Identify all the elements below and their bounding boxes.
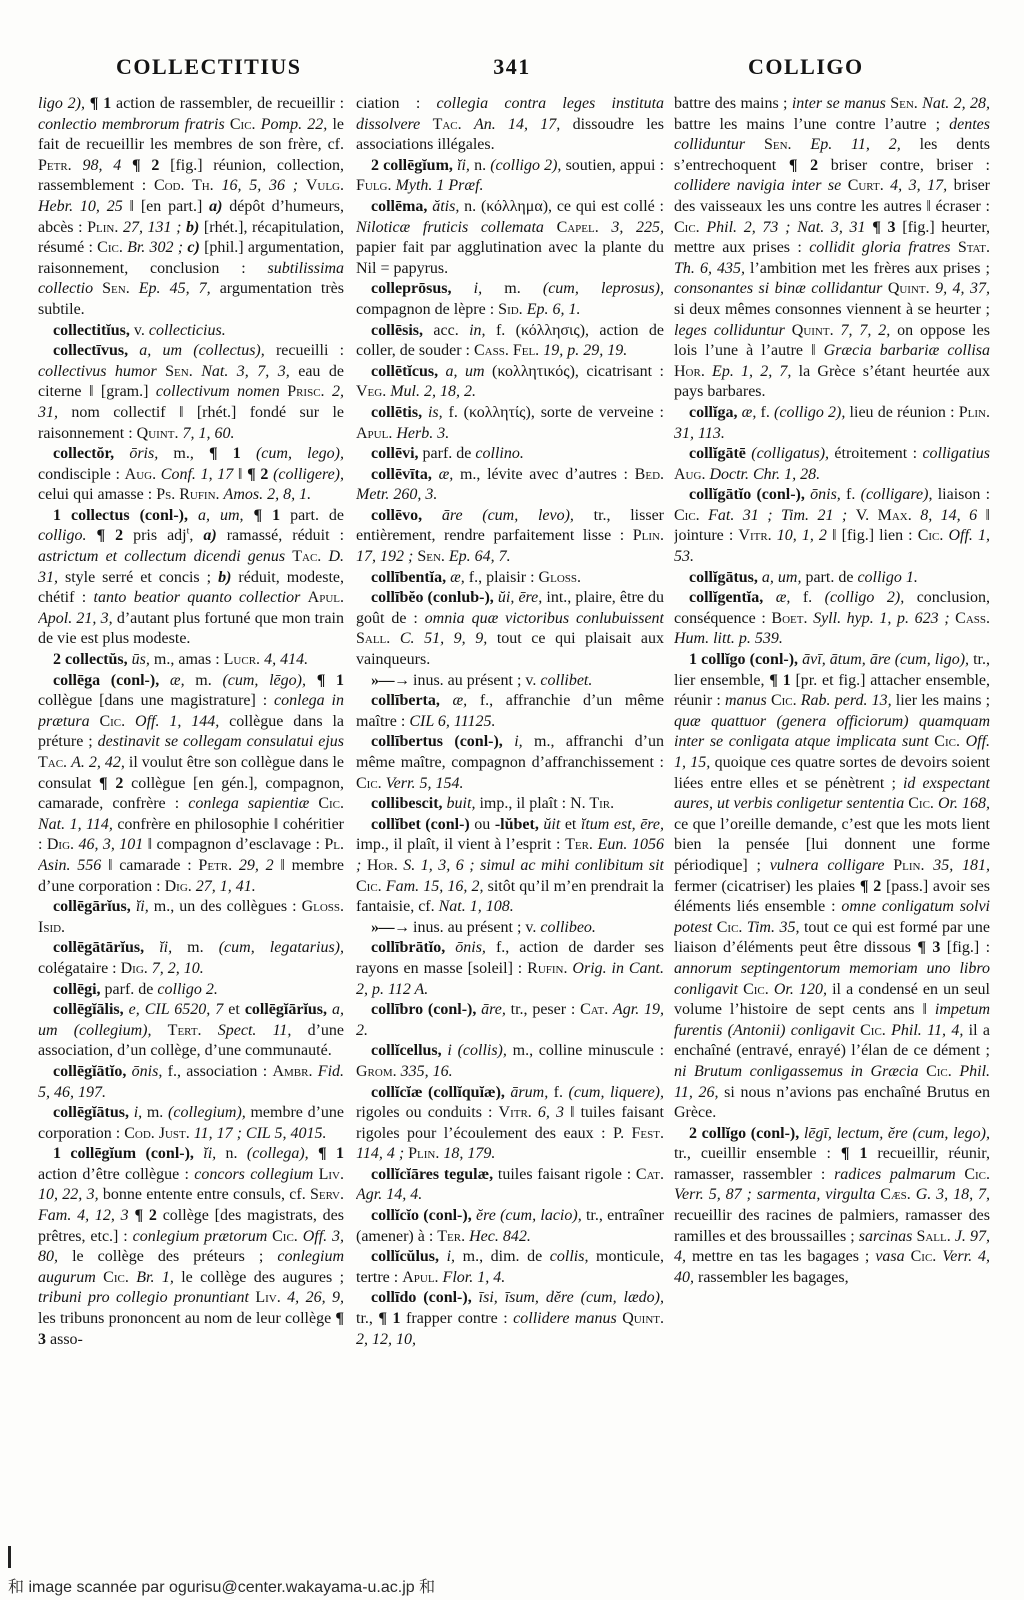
entry-paragraph: collĭgātus, a, um, part. de colligo 1. <box>674 568 990 589</box>
text-segment: Verr. 5, 87 ; sarmenta, virgulta <box>674 1186 880 1203</box>
text-segment: colligo. <box>38 527 96 544</box>
text-segment: 4, 3, 17, <box>890 177 953 194</box>
text-segment: æ, <box>439 466 460 483</box>
entry-paragraph: collībertus (conl-), i, m., affranchi d’… <box>356 732 664 794</box>
text-segment: colligo 2. <box>157 981 217 998</box>
text-segment: Tert. <box>168 1022 218 1039</box>
text-segment: 46, 3, 101 <box>78 836 147 853</box>
text-segment: G. 3, 18, 7, <box>916 1186 990 1203</box>
text-segment: Pl. <box>324 836 344 853</box>
text-segment: asso- <box>50 1331 83 1348</box>
text-segment: action d’être collègue : <box>38 1166 194 1183</box>
text-segment: m. <box>195 672 222 689</box>
text-segment: Cic. <box>926 1063 959 1080</box>
text-segment: 3, 225, <box>611 219 664 236</box>
text-segment: 2 collectŭs, <box>53 651 132 668</box>
text-segment: (colligatus), <box>751 445 834 462</box>
entry-paragraph: collēvo, āre (cum, levo), tr., lisser en… <box>356 506 664 568</box>
text-segment: colligo 1. <box>857 569 917 586</box>
text-segment: Cass. <box>955 610 990 627</box>
text-segment: Hum. litt. p. 539. <box>674 630 783 647</box>
text-segment: Off. 1, 144, <box>135 713 229 730</box>
text-segment: collēgārĭus, <box>53 898 136 915</box>
text-segment: ‖ [fig.] lien : <box>832 527 918 544</box>
text-segment: Prisc. <box>287 383 332 400</box>
text-segment: ĭtum est, ēre, <box>581 816 664 833</box>
text-segment: ‖ [en part.] <box>130 198 210 215</box>
text-segment: et <box>228 1001 245 1018</box>
text-segment: 29, 2 <box>239 857 281 874</box>
text-segment: Sen. <box>102 280 139 297</box>
text-segment: rassembler les bagages, <box>698 1269 849 1286</box>
text-segment: Quint. <box>792 322 841 339</box>
text-segment: ciation : <box>356 95 437 112</box>
text-segment: Plin. <box>633 527 664 544</box>
text-segment: Cic. <box>918 527 949 544</box>
text-segment: Græcia barbariæ collisa <box>824 342 990 359</box>
text-segment: vasa <box>875 1248 910 1265</box>
text-segment: f. <box>554 1084 569 1101</box>
entry-paragraph: collectīvus, a, um (collectus), recueill… <box>38 341 344 444</box>
entry-paragraph: colleprōsus, i, m. (cum, leprosus), comp… <box>356 279 664 320</box>
text-segment: Or. 120, <box>774 981 832 998</box>
text-segment: Cic. <box>103 1269 136 1286</box>
text-segment: Niloticæ fruticis collemata <box>356 219 557 236</box>
entry-paragraph: collībro (conl-), āre, tr., peser : Cat.… <box>356 1000 664 1041</box>
text-segment: i, <box>134 1104 147 1121</box>
text-segment: 7, 7, 2, <box>840 322 897 339</box>
text-segment: battre des mains ; <box>674 95 792 112</box>
text-segment: āre (cum, levo), <box>442 507 594 524</box>
text-segment: Vitr. <box>738 527 776 544</box>
entry-paragraph: collibescit, buit, imp., il plaît : N. T… <box>356 794 664 815</box>
text-segment: f. <box>761 404 775 421</box>
text-segment: Plin. <box>87 219 123 236</box>
text-segment: ¶ 1 <box>769 672 795 689</box>
text-segment: Ep. 11, 2, <box>810 136 919 153</box>
text-segment: si deux mêmes consonnes viennent à se he… <box>674 301 990 318</box>
text-segment: Vitr. <box>499 1104 538 1121</box>
text-segment: Cic. <box>911 1248 943 1265</box>
text-segment: ōnis, <box>810 486 846 503</box>
text-segment: ¶ 2 <box>789 157 831 174</box>
text-segment: collēgĭārĭus, <box>245 1001 332 1018</box>
text-segment: ¶ 2 <box>247 466 273 483</box>
text-segment: collēga (conl-), <box>53 672 170 689</box>
text-segment: briser contre, briser : <box>831 157 990 174</box>
text-segment: collègue [dans une magistrature] : <box>38 692 274 709</box>
entry-paragraph: collēma, ătis, n. (κόλλημα), ce qui est … <box>356 197 664 279</box>
text-segment: collidit gloria fratres <box>809 239 958 256</box>
text-segment: collectīvus, <box>53 342 139 359</box>
text-segment: ¶ 2 <box>99 775 131 792</box>
text-segment: ni Brutum conligassemus in Græcia <box>674 1063 926 1080</box>
text-segment: colégataire : <box>38 960 121 977</box>
entry-paragraph: collĭbet (conl-) ou -lŭbet, ŭit et ĭtum … <box>356 815 664 918</box>
text-segment: 7, 1, 60. <box>182 425 234 442</box>
text-segment: ¶ 1 <box>317 672 344 689</box>
text-segment: (cum, lego), <box>256 445 344 462</box>
text-segment: Ps. Rufin. <box>156 486 223 503</box>
entry-paragraph: collĭcĭo (conl-), ĕre (cum, lacio), tr.,… <box>356 1206 664 1247</box>
text-segment: Asin. 556 <box>38 857 108 874</box>
text-segment: (colligare), <box>861 486 938 503</box>
text-segment: a) <box>209 198 229 215</box>
text-segment: ¶ 3 <box>872 219 902 236</box>
text-segment: collēgātārĭus, <box>53 939 159 956</box>
text-segment: collībro (conl-), <box>371 1001 481 1018</box>
text-segment: Amos. 2, 8, 1. <box>224 486 312 503</box>
text-segment: Veg. <box>356 383 390 400</box>
text-segment: 27, 131 ; <box>123 219 186 236</box>
text-segment: (collega), <box>247 1145 318 1162</box>
text-segment: conlegium prætorum <box>133 1228 273 1245</box>
text-segment: collĭcŭlus, <box>371 1248 447 1265</box>
entry-paragraph: collĭga, æ, f. (colligo 2), lieu de réun… <box>674 403 990 444</box>
text-segment: m., colline minuscule : <box>513 1042 664 1059</box>
text-segment: collĭcĭāres tegulæ, <box>371 1166 498 1183</box>
text-segment: a) <box>203 527 226 544</box>
text-segment: ¶ 1 <box>378 1310 406 1327</box>
text-segment: ĭi, <box>203 1145 225 1162</box>
entry-paragraph: collēvīta, æ, m., lévite avec d’autres :… <box>356 465 664 506</box>
text-segment: Verr. 5, 154. <box>386 775 464 792</box>
text-segment: 11, 17 ; CIL 5, 4015. <box>194 1125 327 1142</box>
text-segment: āre, <box>481 1001 511 1018</box>
text-segment: tr., cueillir ensemble : <box>674 1145 841 1162</box>
entry-paragraph: collectitĭus, v. collecticius. <box>38 321 344 342</box>
text-segment: Petr. <box>198 857 238 874</box>
text-segment: 2, 12, 10, <box>356 1331 416 1348</box>
text-segment: 2 collĭgo (conl-), <box>689 1125 804 1142</box>
text-segment: Quint. <box>622 1310 664 1327</box>
text-segment: n. <box>226 1145 247 1162</box>
text-segment: Cic. <box>674 507 708 524</box>
text-segment: parf. de <box>423 445 476 462</box>
text-segment: Cic. <box>743 981 774 998</box>
text-segment: Cic. <box>908 795 938 812</box>
text-segment: collīdo (conl-), <box>371 1289 479 1306</box>
text-segment: collĭgātus, <box>689 569 762 586</box>
text-segment: Cic. <box>934 733 965 750</box>
text-segment: collēgĭātĭo, <box>53 1063 132 1080</box>
text-segment: tuiles faisant rigole : <box>498 1166 636 1183</box>
text-segment: 1 collēgĭum (conl-), <box>53 1145 203 1162</box>
text-segment: f. <box>846 486 861 503</box>
page-number: 341 <box>0 54 1024 80</box>
text-segment: 4, 414. <box>264 651 308 668</box>
text-segment: Cic. <box>318 795 344 812</box>
text-segment: Fam. 4, 12, 3 <box>38 1207 134 1224</box>
text-segment: ĭi, <box>159 939 187 956</box>
text-segment: imp., il plaît, il vient à l’esprit : <box>356 836 565 853</box>
text-segment: Hebr. 10, 25 <box>38 198 130 215</box>
text-segment: conlectio membrorum fratris <box>38 116 230 133</box>
text-segment: compagnon de lèpre : <box>356 301 498 318</box>
text-segment: Br. 1, <box>136 1269 181 1286</box>
text-segment: Cic. <box>674 219 706 236</box>
text-segment: bonne entente entre consuls, cf. <box>103 1186 310 1203</box>
text-segment: collēsis, <box>371 322 433 339</box>
text-segment: lēgī, lectum, ĕre (cum, lego), <box>804 1125 990 1142</box>
text-segment: Nat. 1, 114, <box>38 816 117 833</box>
text-segment: ōnis, <box>455 939 496 956</box>
text-segment: collēgĭālis, <box>53 1001 129 1018</box>
text-segment: f., association : <box>168 1063 273 1080</box>
text-segment: l’ambition met les frères aux prises ; <box>750 260 990 277</box>
text-segment: ătis, <box>432 198 464 215</box>
text-segment: Cass. Fel. <box>474 342 543 359</box>
text-segment: collĭgentĭa, <box>689 589 776 606</box>
text-column-1: ligo 2), ¶ 1 action de rassembler, de re… <box>38 94 344 1556</box>
text-segment: Apol. 21, 3, <box>38 610 117 627</box>
text-segment: a, um <box>446 363 492 380</box>
text-segment: ¶ 1 <box>841 1145 878 1162</box>
entry-paragraph: »—→ inus. au présent ; v. collibet. <box>356 671 664 692</box>
entry-paragraph: collĭgātē (colligatus), étroitement : co… <box>674 444 990 485</box>
text-segment: tr., peser : <box>511 1001 580 1018</box>
text-segment: īsi, īsum, dĕre (cum, lædo), <box>479 1289 664 1306</box>
entry-paragraph: collĭcĭāres tegulæ, tuiles faisant rigol… <box>356 1165 664 1206</box>
text-segment: Flor. 1, 4. <box>443 1269 506 1286</box>
text-segment: Spect. 11, <box>218 1022 308 1039</box>
text-segment: collēgi, <box>53 981 105 998</box>
text-segment: sarcinas <box>859 1228 917 1245</box>
text-segment: 31, 113. <box>674 425 725 442</box>
text-segment: 17, 192 ; <box>356 548 417 565</box>
text-segment: Petr. <box>38 157 82 174</box>
text-segment: rigoles ou conduits : <box>356 1104 499 1121</box>
text-segment: leges colliduntur <box>674 322 792 339</box>
text-segment: collībĕo (conlub-), <box>371 589 498 606</box>
entry-paragraph: 2 collēgĭum, ĭi, n. (colligo 2), soutien… <box>356 156 664 197</box>
entry-paragraph: collĭcĭæ (collĭquĭæ), ārum, f. (cum, liq… <box>356 1083 664 1165</box>
text-segment: m., dim. de <box>463 1248 550 1265</box>
text-segment: colleprōsus, <box>371 280 474 297</box>
text-segment: N. Tir. <box>570 795 614 812</box>
text-segment: Boet. <box>771 610 813 627</box>
text-segment: omnia quæ victoribus conlubuissent <box>425 610 664 627</box>
entry-paragraph: collĭgentĭa, æ, f. (colligo 2), conclusi… <box>674 588 990 650</box>
text-segment: Nat. 2, 28, <box>922 95 990 112</box>
entry-paragraph: collēgĭātus, i, m. (collegium), membre d… <box>38 1103 344 1144</box>
entry-paragraph: collēgārĭus, ĭi, m., un des collègues : … <box>38 897 344 938</box>
text-segment: 1 collectus (conl-), <box>53 507 198 524</box>
text-segment: Grom. <box>356 1063 401 1080</box>
text-segment: 8, 14, 6 <box>920 507 985 524</box>
text-segment: inter se manus <box>792 95 890 112</box>
text-segment: m., <box>173 445 209 462</box>
text-segment: Cic. <box>356 878 386 895</box>
text-segment: Th. 6, 435, <box>674 260 750 277</box>
text-segment: æ, <box>450 569 469 586</box>
text-segment: Cic. <box>964 1166 990 1183</box>
text-segment: ¶ 1 <box>209 445 256 462</box>
text-segment: a, um, <box>198 507 254 524</box>
text-segment: ramassé, réduit : <box>227 527 344 544</box>
text-segment: CIL 6, 11125. <box>409 713 495 730</box>
text-segment: part. de <box>805 569 857 586</box>
text-segment: āvī, ātum, āre (cum, ligo), <box>802 651 973 668</box>
text-segment: Br. 302 ; <box>127 239 187 256</box>
text-segment: n. <box>474 157 490 174</box>
text-segment: æ, <box>776 589 803 606</box>
text-segment: 10, 22, 3, <box>38 1186 103 1203</box>
text-segment: le collège des augures ; <box>181 1269 344 1286</box>
text-segment: Apul. <box>402 1269 442 1286</box>
text-segment: Aug. <box>674 466 709 483</box>
text-segment: condisciple : <box>38 466 125 483</box>
entry-paragraph: 1 collēgĭum (conl-), ĭi, n. (collega), ¶… <box>38 1144 344 1350</box>
text-segment: destinavit se collegam consulatui ejus <box>98 733 344 750</box>
text-segment: Syll. hyp. 1, p. 623 ; <box>813 610 955 627</box>
text-segment: collēvīta, <box>371 466 439 483</box>
text-segment: les tribuns prononcent au nom de leur co… <box>38 1310 335 1327</box>
text-segment: ¶ 2 <box>860 878 886 895</box>
text-segment: Hor. <box>367 857 403 874</box>
entry-paragraph: ciation : collegia contra leges institut… <box>356 94 664 156</box>
text-segment: vulnera colligare <box>770 857 894 874</box>
text-segment: Ep. 64, 7. <box>449 548 511 565</box>
text-segment: collībentĭa, <box>371 569 450 586</box>
text-segment: æ, <box>170 672 195 689</box>
text-segment: Pomp. 22, <box>261 116 333 133</box>
text-segment: æ, <box>742 404 761 421</box>
entry-paragraph: 1 collĭgo (conl-), āvī, ātum, āre (cum, … <box>674 650 990 1124</box>
text-segment: collis, <box>550 1248 596 1265</box>
text-segment: ‖ compagnon d’esclavage : <box>148 836 325 853</box>
text-segment: c) <box>187 239 204 256</box>
text-segment: Doctr. Chr. 1, 28. <box>709 466 820 483</box>
text-segment: collībrātĭo, <box>371 939 455 956</box>
text-segment: i (collis), <box>447 1042 512 1059</box>
text-segment: collēvi, <box>371 445 423 462</box>
text-segment: Ep. 1, 2, 7, <box>712 363 799 380</box>
text-segment: part. de <box>290 507 344 524</box>
text-segment: Tac. <box>292 548 328 565</box>
text-segment: Herb. 3. <box>396 425 449 442</box>
text-segment: collĭgātē <box>689 445 751 462</box>
text-segment: Sid. <box>498 301 527 318</box>
text-segment: lieu de réunion : <box>850 404 959 421</box>
text-segment: celui qui amasse : <box>38 486 156 503</box>
text-segment: 10, 1, 2 <box>777 527 832 544</box>
text-segment: Ep. 6, 1. <box>527 301 581 318</box>
text-segment: m., lévite avec d’autres : <box>460 466 635 483</box>
text-segment: 335, 16. <box>401 1063 453 1080</box>
text-segment: m., un des collègues : <box>154 898 302 915</box>
text-segment: ¶ 1 <box>90 95 116 112</box>
text-segment: 7, 2, 10. <box>152 960 204 977</box>
text-segment: m., amas : <box>154 651 224 668</box>
text-segment: Nat. 1, 108. <box>439 898 514 915</box>
text-segment: Tim. 35, <box>747 919 804 936</box>
text-segment: 19, p. 29, 19. <box>543 342 627 359</box>
text-segment: ‖ <box>238 466 247 483</box>
entry-paragraph: collĭcellus, i (collis), m., colline min… <box>356 1041 664 1082</box>
text-segment: Liv. <box>255 1289 287 1306</box>
text-segment: ¶ 3 <box>917 939 946 956</box>
text-segment: ‖ camarade : <box>108 857 198 874</box>
text-segment: Cæs. <box>880 1186 915 1203</box>
text-segment: Gloss. <box>539 569 581 586</box>
text-segment: Cic. <box>860 1022 891 1039</box>
text-segment: collētĭcus, <box>371 363 446 380</box>
text-segment: Ambr. <box>272 1063 317 1080</box>
text-segment: (cum, leprosus), <box>543 280 664 297</box>
text-segment: Mul. 2, 18, 2. <box>390 383 476 400</box>
text-segment: Hor. <box>674 363 712 380</box>
text-segment: lier les mains ; <box>896 692 990 709</box>
text-segment: Quint. <box>888 280 935 297</box>
text-segment: Cat. <box>636 1166 664 1183</box>
text-segment: m. <box>187 939 219 956</box>
text-segment: Sall. <box>916 1228 954 1245</box>
text-segment: ĭi, <box>457 157 474 174</box>
text-segment: Dig. <box>165 878 196 895</box>
text-segment: inus. au présent ; v. <box>413 672 540 689</box>
text-segment: Metr. 260, 3. <box>356 486 437 503</box>
text-segment: style serré et concis ; <box>65 569 218 586</box>
text-segment: collecticius. <box>149 322 226 339</box>
text-segment: et <box>565 816 581 833</box>
text-segment: collīberta, <box>371 692 453 709</box>
text-segment: manus <box>725 692 771 709</box>
text-segment: collino. <box>475 445 523 462</box>
text-segment: collēvo, <box>371 507 442 524</box>
text-segment: »—→ <box>371 919 413 936</box>
text-segment: Conf. 1, 17 <box>161 466 238 483</box>
running-head: COLLECTITIUS 341 COLLIGO <box>0 54 1024 84</box>
text-segment: Phil. 11, 4, <box>891 1022 969 1039</box>
text-segment: Cic. <box>97 239 127 256</box>
text-segment: Phil. 2, 73 ; Nat. 3, 31 <box>706 219 872 236</box>
text-column-3: battre des mains ; inter se manus Sen. N… <box>674 94 990 1556</box>
text-segment: f. <box>803 589 825 606</box>
text-segment: conlega sapientiæ <box>188 795 318 812</box>
text-segment: colligatius <box>922 445 990 462</box>
text-segment: S. 1, 3, 6 ; simul ac mihi conlibitum si… <box>403 857 664 874</box>
scanner-credit: 和 image scannée par ogurisu@center.wakay… <box>8 1574 1008 1597</box>
text-segment: collēgĭātus, <box>53 1104 134 1121</box>
text-segment: collidere navigia inter se <box>674 177 848 194</box>
text-segment: collībertus (conl-), <box>371 733 514 750</box>
entry-paragraph: battre des mains ; inter se manus Sen. N… <box>674 94 990 403</box>
entry-paragraph: collēsis, acc. in, f. (κόλλησις), action… <box>356 321 664 362</box>
text-segment: étroitement : <box>834 445 922 462</box>
text-segment: 9, 4, 37, <box>935 280 990 297</box>
entry-paragraph: 1 collectus (conl-), a, um, ¶ 1 part. de… <box>38 506 344 650</box>
text-segment: 27, 1, 41. <box>196 878 256 895</box>
text-segment: Fam. 15, 16, 2, <box>386 878 488 895</box>
entry-paragraph: collētis, is, f. (κολλητίς), sorte de ve… <box>356 403 664 444</box>
text-segment: battre les mains l’une contre l’autre ; <box>674 116 949 133</box>
text-segment: parf. de <box>105 981 158 998</box>
text-segment: Cic. <box>356 775 386 792</box>
text-segment: [fig.] : <box>947 939 990 956</box>
entry-paragraph: collēga (conl-), æ, m. (cum, lēgo), ¶ 1 … <box>38 671 344 898</box>
entry-paragraph: 2 collĭgo (conl-), lēgī, lectum, ĕre (cu… <box>674 1124 990 1289</box>
text-segment: Rab. perd. 13, <box>801 692 896 709</box>
entry-paragraph: collectŏr, ōris, m., ¶ 1 (cum, lego), co… <box>38 444 344 506</box>
text-segment: concors collegium <box>194 1166 318 1183</box>
text-segment: Ep. 45, 7, <box>139 280 220 297</box>
text-segment: 6, 3 <box>538 1104 570 1121</box>
text-segment: Rufin. <box>527 960 572 977</box>
text-segment: collĭbet (conl-) <box>371 816 474 833</box>
text-segment: Ter. <box>565 836 597 853</box>
text-segment: Sall. <box>356 630 400 647</box>
